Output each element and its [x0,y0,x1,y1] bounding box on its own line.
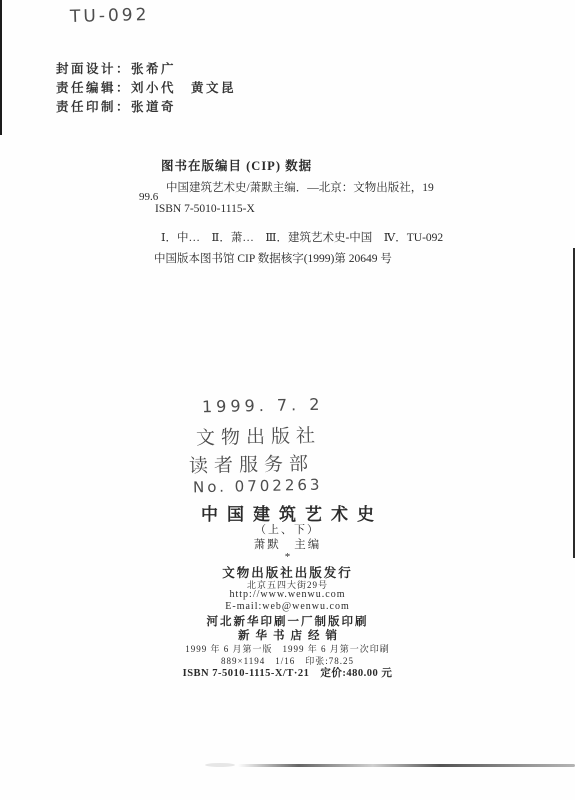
credit-responsible-printer: 责任印制：张道奇 [56,97,176,115]
handwritten-department: 读者服务部 [189,449,315,479]
credit-cover-design: 封面设计：张希广 [56,59,176,77]
scan-edge-left [0,0,2,135]
cip-classification: Ⅰ．中… Ⅱ．萧… Ⅲ．建筑艺术史-中国 Ⅳ．TU-092 [161,229,443,245]
handwritten-accession-number: No. 0702263 [193,476,323,497]
handwritten-accession-code: TU-092 [70,5,150,27]
publisher-email: E-mail:web@wenwu.com [0,601,575,612]
handwritten-publisher: 文物出版社 [196,421,322,451]
handwritten-date: 1999. 7. 2 [202,395,324,417]
cip-entry-line1: 中国建筑艺术史/萧默主编．—北京：文物出版社，19 [166,179,434,195]
scan-artifact-blot [205,763,235,767]
cip-isbn: ISBN 7-5010-1115-X [155,203,255,215]
cip-heading: 图书在版编目 (CIP) 数据 [161,156,312,174]
divider-star: * [0,551,575,563]
cip-entry-line2: 99.6 [139,191,158,203]
isbn-price-line: ISBN 7-5010-1115-X/T·21 定价:480.00 元 [0,665,575,680]
book-copyright-page: TU-092 封面设计：张希广 责任编辑：刘小代 黄文昆 责任印制：张道奇 图书… [0,0,575,800]
scan-artifact-line [238,764,575,767]
distributor-line: 新华书店经销 [0,627,575,643]
credit-responsible-editor: 责任编辑：刘小代 黄文昆 [56,78,236,96]
book-editor: 萧默 主编 [0,536,575,552]
cip-record-number: 中国版本图书馆 CIP 数据核字(1999)第 20649 号 [154,250,392,266]
publisher-url: http://www.wenwu.com [0,589,575,600]
book-volumes: （上、下） [0,521,575,537]
